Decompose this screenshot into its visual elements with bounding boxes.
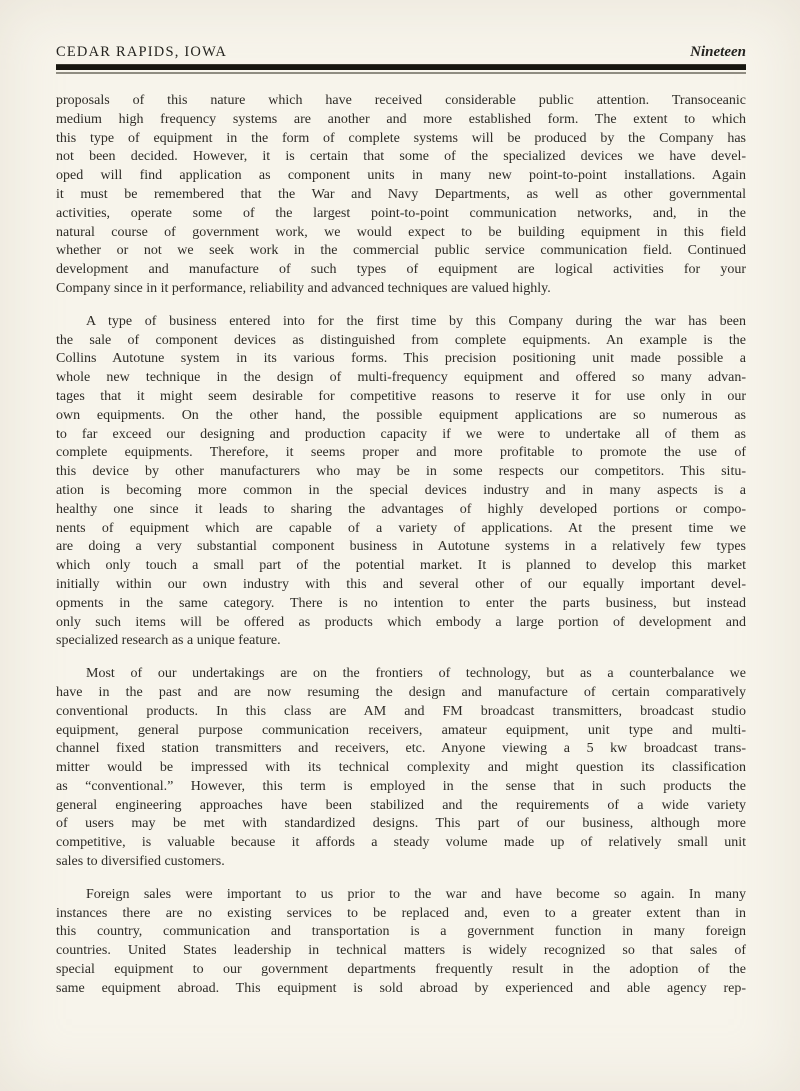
text-line: activities, operate some of the largest … bbox=[56, 205, 746, 224]
text-line: Collins Autotune system in its various f… bbox=[56, 350, 746, 369]
text-line: this country, communication and transpor… bbox=[56, 923, 746, 942]
text-line: not been decided. However, it is certain… bbox=[56, 148, 746, 167]
body-text: proposals of this nature which have rece… bbox=[56, 92, 746, 999]
paragraph: proposals of this nature which have rece… bbox=[56, 92, 746, 299]
page-content: CEDAR RAPIDS, IOWA Nineteen proposals of… bbox=[56, 44, 746, 999]
paragraph: A type of business entered into for the … bbox=[56, 313, 746, 651]
text-line: same equipment abroad. This equipment is… bbox=[56, 980, 746, 999]
text-line: as “conventional.” However, this term is… bbox=[56, 778, 746, 797]
text-line: oped will find application as component … bbox=[56, 167, 746, 186]
text-line: have in the past and are now resuming th… bbox=[56, 684, 746, 703]
running-header: CEDAR RAPIDS, IOWA Nineteen bbox=[56, 44, 746, 61]
header-rule-thick bbox=[56, 64, 746, 70]
text-line: competitive, is valuable because it affo… bbox=[56, 834, 746, 853]
header-location: CEDAR RAPIDS, IOWA bbox=[56, 44, 227, 61]
text-line: this device by other manufacturers who m… bbox=[56, 463, 746, 482]
text-line: the sale of component devices as disting… bbox=[56, 332, 746, 351]
text-line: only such items will be offered as produ… bbox=[56, 614, 746, 633]
text-line: it must be remembered that the War and N… bbox=[56, 186, 746, 205]
header-rule-thin bbox=[56, 72, 746, 74]
text-line: are doing a very substantial component b… bbox=[56, 538, 746, 557]
text-line: Company since in it performance, reliabi… bbox=[56, 280, 746, 299]
text-line: special equipment to our government depa… bbox=[56, 961, 746, 980]
paragraph: Foreign sales were important to us prior… bbox=[56, 886, 746, 999]
text-line: to far exceed our designing and producti… bbox=[56, 426, 746, 445]
text-line: of users may be met with standardized de… bbox=[56, 815, 746, 834]
text-line: channel fixed station transmitters and r… bbox=[56, 740, 746, 759]
text-line: whole new technique in the design of mul… bbox=[56, 369, 746, 388]
text-line: Foreign sales were important to us prior… bbox=[56, 886, 746, 905]
text-line: ation is becoming more common in the spe… bbox=[56, 482, 746, 501]
text-line: nents of equipment which are capable of … bbox=[56, 520, 746, 539]
text-line: tages that it might seem desirable for c… bbox=[56, 388, 746, 407]
text-line: healthy one since it leads to sharing th… bbox=[56, 501, 746, 520]
text-line: this type of equipment in the form of co… bbox=[56, 130, 746, 149]
text-line: proposals of this nature which have rece… bbox=[56, 92, 746, 111]
text-line: countries. United States leadership in t… bbox=[56, 942, 746, 961]
paragraph: Most of our undertakings are on the fron… bbox=[56, 665, 746, 872]
text-line: natural course of government work, we wo… bbox=[56, 224, 746, 243]
text-line: own equipments. On the other hand, the p… bbox=[56, 407, 746, 426]
text-line: instances there are no existing services… bbox=[56, 905, 746, 924]
text-line: initially within our own industry with t… bbox=[56, 576, 746, 595]
header-page-number: Nineteen bbox=[690, 44, 746, 61]
text-line: sales to diversified customers. bbox=[56, 853, 746, 872]
text-line: whether or not we seek work in the comme… bbox=[56, 242, 746, 261]
text-line: complete equipments. Therefore, it seems… bbox=[56, 444, 746, 463]
text-line: conventional products. In this class are… bbox=[56, 703, 746, 722]
text-line: A type of business entered into for the … bbox=[56, 313, 746, 332]
text-line: opments in the same category. There is n… bbox=[56, 595, 746, 614]
text-line: Most of our undertakings are on the fron… bbox=[56, 665, 746, 684]
text-line: equipment, general purpose communication… bbox=[56, 722, 746, 741]
text-line: medium high frequency systems are anothe… bbox=[56, 111, 746, 130]
text-line: mitter would be impressed with its techn… bbox=[56, 759, 746, 778]
scanned-document-page: CEDAR RAPIDS, IOWA Nineteen proposals of… bbox=[0, 0, 800, 1091]
text-line: general engineering approaches have been… bbox=[56, 797, 746, 816]
text-line: specialized research as a unique feature… bbox=[56, 632, 746, 651]
text-line: which only touch a small part of the pot… bbox=[56, 557, 746, 576]
text-line: development and manufacture of such type… bbox=[56, 261, 746, 280]
